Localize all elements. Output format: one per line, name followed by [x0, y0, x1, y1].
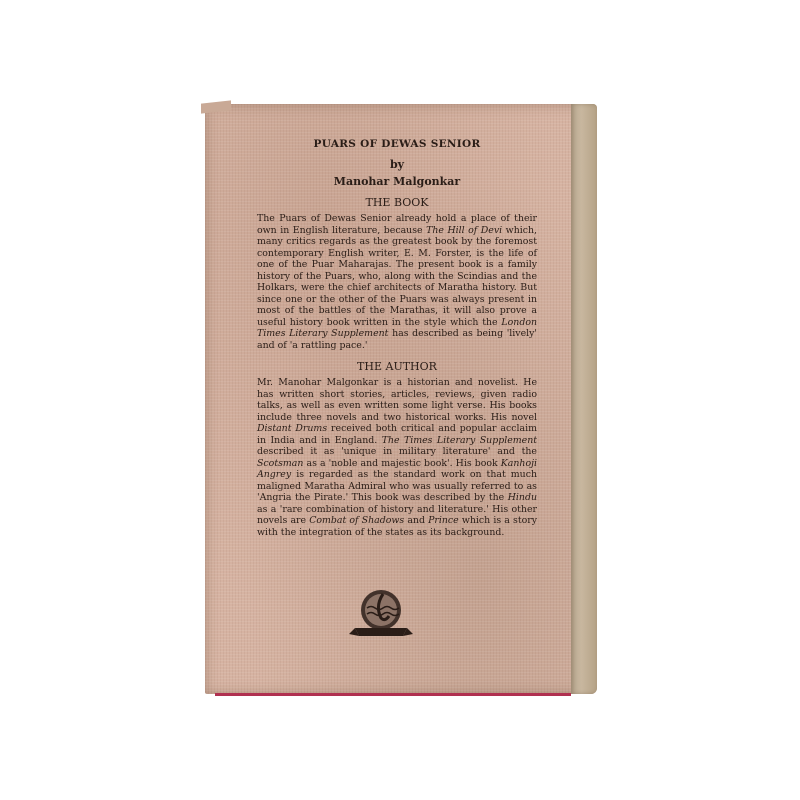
- book-back-cover: PUARS OF DEWAS SENIOR by Manohar Malgonk…: [205, 104, 597, 694]
- cover-text: PUARS OF DEWAS SENIOR by Manohar Malgonk…: [257, 138, 537, 538]
- book-description: The Puars of Dewas Senior already hold a…: [257, 213, 537, 351]
- by-line: by: [257, 158, 537, 171]
- book-title: PUARS OF DEWAS SENIOR: [257, 138, 537, 150]
- book-spine: [571, 104, 597, 694]
- author-name: Manohar Malgonkar: [257, 175, 537, 188]
- book-bottom-edge: [215, 693, 571, 696]
- author-description: Mr. Manohar Malgonkar is a historian and…: [257, 377, 537, 538]
- publisher-emblem-icon: [345, 586, 417, 642]
- author-heading: THE AUTHOR: [257, 360, 537, 373]
- book-heading: THE BOOK: [257, 196, 537, 209]
